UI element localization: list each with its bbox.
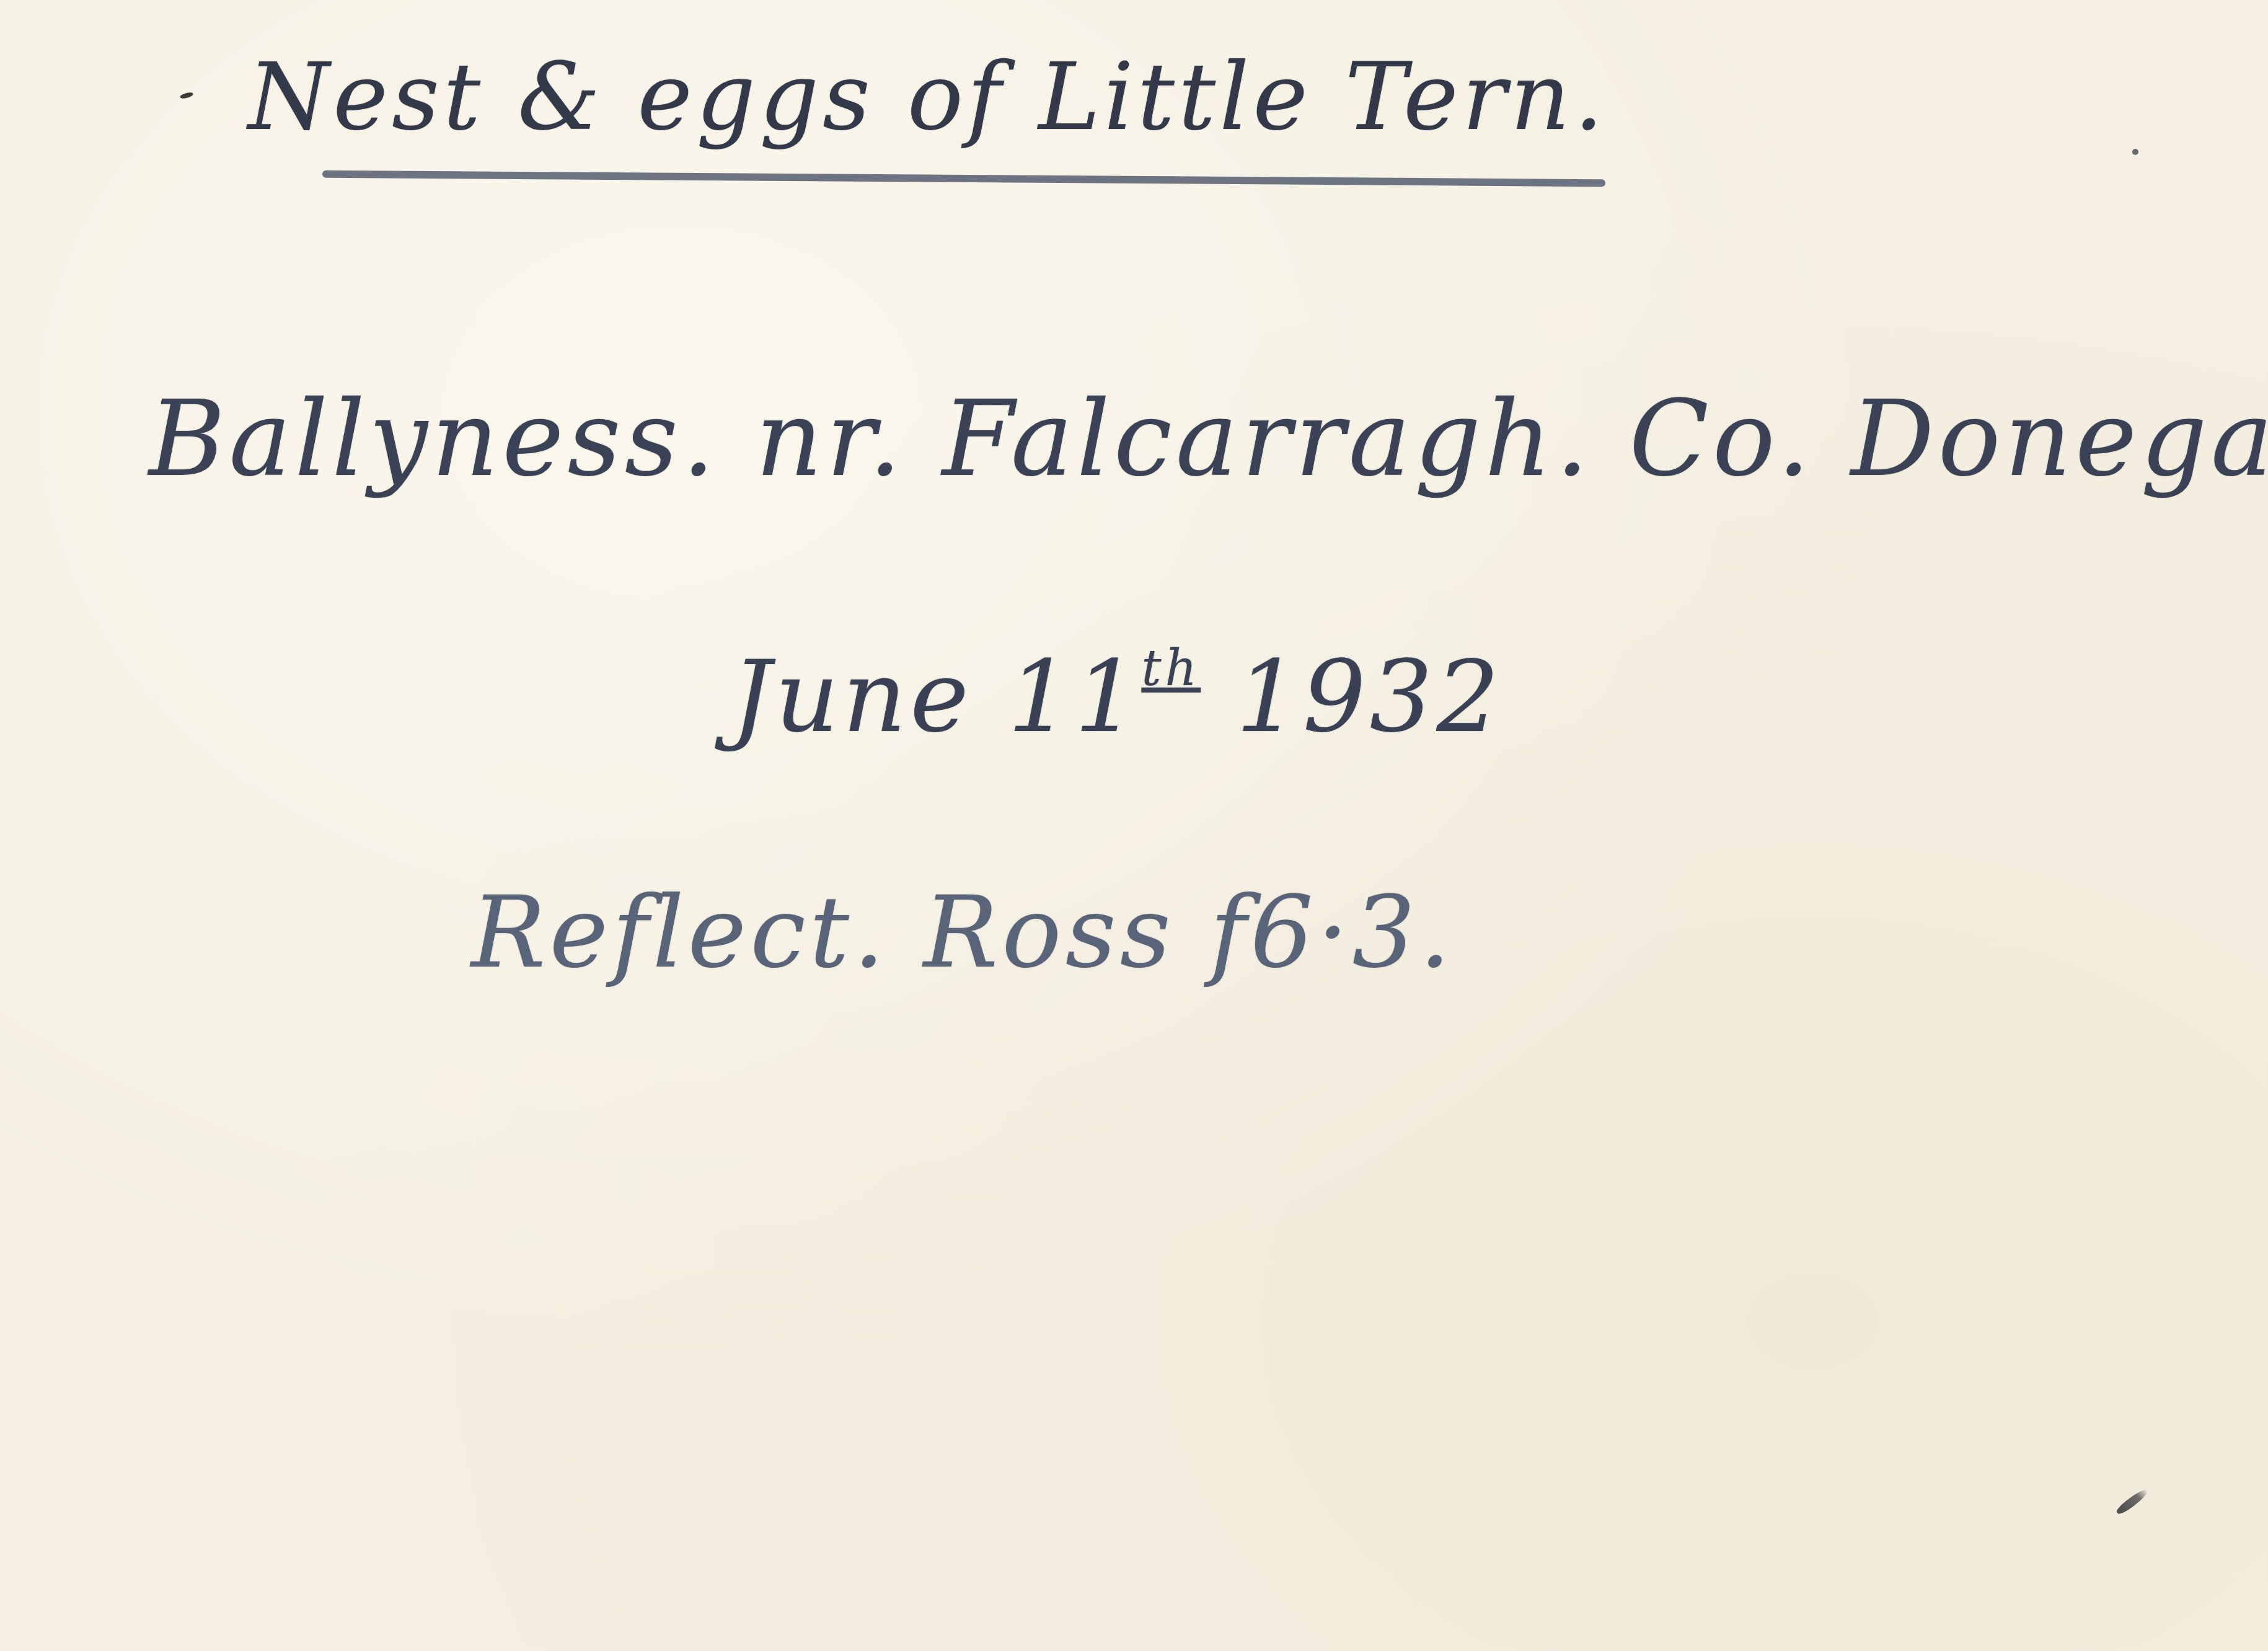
ink-speck bbox=[179, 91, 193, 99]
card-title: Nest & eggs of Little Tern. bbox=[248, 43, 1607, 151]
locality-line: Ballyness. nr. Falcarragh. Co. Donegal. bbox=[149, 378, 2268, 500]
title-underline bbox=[322, 170, 1605, 187]
insect-mark bbox=[2115, 1487, 2150, 1516]
camera-reference-line: Reflect. Ross f6·3. bbox=[471, 874, 1454, 990]
paper-speck bbox=[2132, 149, 2138, 155]
handwritten-label-card: Nest & eggs of Little Tern. Ballyness. n… bbox=[0, 0, 2268, 1651]
date-year: 1932 bbox=[1236, 639, 1503, 755]
date-day-month: June 11 bbox=[731, 639, 1141, 755]
date-line: June 11th 1932 bbox=[731, 639, 1503, 755]
date-ordinal: th bbox=[1141, 639, 1201, 697]
